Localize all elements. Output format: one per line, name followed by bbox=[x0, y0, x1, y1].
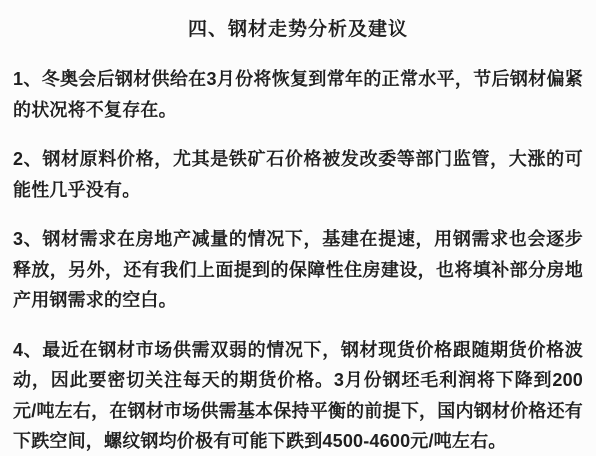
paragraph-2: 2、钢材原料价格，尤其是铁矿石价格被发改委等部门监管，大涨的可能性几乎没有。 bbox=[13, 144, 583, 205]
paragraph-1: 1、冬奥会后钢材供给在3月份将恢复到常年的正常水平，节后钢材偏紧的状况将不复存在… bbox=[13, 64, 583, 125]
paragraph-3: 3、钢材需求在房地产减量的情况下，基建在提速，用钢需求也会逐步释放，另外，还有我… bbox=[13, 224, 583, 316]
document-page: 四、钢材走势分析及建议 1、冬奥会后钢材供给在3月份将恢复到常年的正常水平，节后… bbox=[0, 0, 596, 456]
document-title: 四、钢材走势分析及建议 bbox=[13, 14, 583, 41]
paragraph-4: 4、最近在钢材市场供需双弱的情况下，钢材现货价格跟随期货价格波动，因此要密切关注… bbox=[13, 335, 583, 456]
